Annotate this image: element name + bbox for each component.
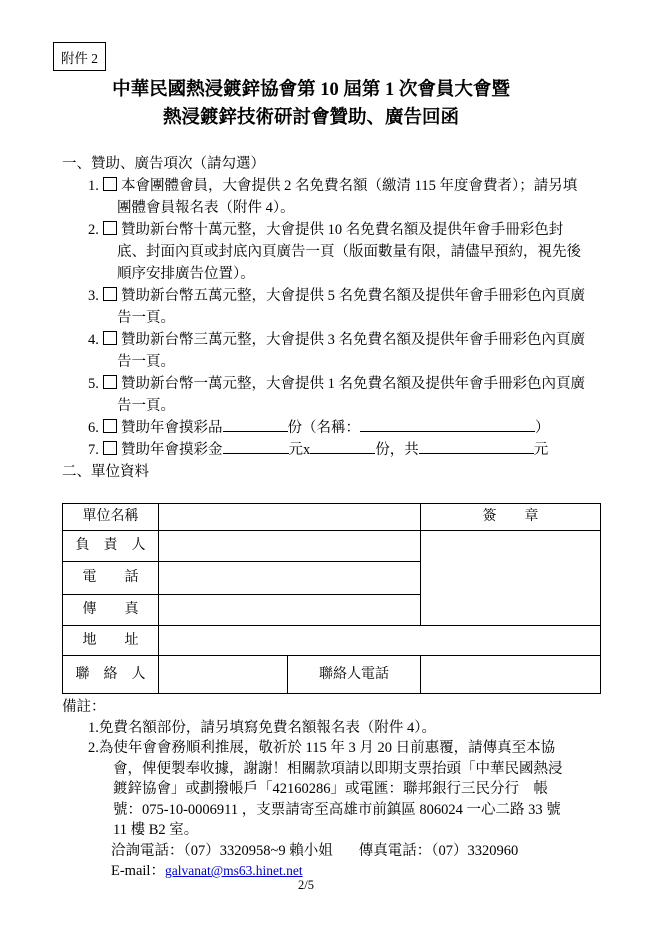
attachment-badge: 附件 2 bbox=[53, 42, 106, 71]
item-text: 份（名稱： bbox=[288, 420, 361, 436]
unit-info-table: 單位名稱 簽 章 負 責 人 電 話 傳 真 bbox=[62, 503, 601, 694]
sponsor-item-5: 5.贊助新台幣一萬元整，大會提供 1 名免費名額及提供年會手冊彩色內頁廣告一頁。 bbox=[88, 373, 587, 417]
checkbox-item-7[interactable] bbox=[103, 441, 117, 455]
contact-phone-label: 聯絡人電話 bbox=[288, 656, 421, 694]
checkbox-item-3[interactable] bbox=[103, 287, 117, 301]
raffle-cash-count-blank[interactable] bbox=[310, 440, 375, 454]
item-text: 本會團體會員，大會提供 2 名免費名額（繳清 115 年度會費者）；請另填團體會… bbox=[117, 178, 577, 216]
table-row: 負 責 人 bbox=[63, 531, 601, 562]
checkbox-item-5[interactable] bbox=[103, 375, 117, 389]
section1-heading: 一、贊助、廣告項次（請勾選） bbox=[62, 153, 558, 175]
address-field[interactable] bbox=[159, 626, 601, 656]
contact-field[interactable] bbox=[159, 656, 288, 694]
title-line-1: 中華民國熱浸鍍鋅協會第 10 屆第 1 次會員大會暨 bbox=[0, 76, 622, 104]
item-text: 贊助新台幣一萬元整，大會提供 1 名免費名額及提供年會手冊彩色內頁廣告一頁。 bbox=[117, 376, 585, 414]
raffle-prize-name-blank[interactable] bbox=[360, 418, 535, 432]
notes-section: 備註： 1.免費名額部份，請另填寫免費名額報名表（附件 4）。 2.為使年會會務… bbox=[62, 697, 558, 882]
raffle-prize-qty-blank[interactable] bbox=[223, 418, 288, 432]
checkbox-item-1[interactable] bbox=[103, 177, 117, 191]
note-text: 免費名額部份，請另填寫免費名額報名表（附件 4）。 bbox=[99, 720, 436, 736]
title-line-2: 熱浸鍍鋅技術研討會贊助、廣告回函 bbox=[0, 104, 622, 132]
phone-label: 電 話 bbox=[63, 562, 159, 595]
owner-label: 負 責 人 bbox=[63, 531, 159, 562]
signature-label: 簽 章 bbox=[421, 504, 601, 531]
form-body: 一、贊助、廣告項次（請勾選） 1.本會團體會員，大會提供 2 名免費名額（繳清 … bbox=[62, 153, 558, 882]
contact-phone-line: 洽詢電話：（07）3320958~9 賴小姐傳真電話：（07）3320960 bbox=[111, 841, 558, 862]
sponsor-item-7: 7.贊助年會摸彩金元x份，共元 bbox=[88, 439, 587, 461]
fax-phone: 傳真電話：（07）3320960 bbox=[359, 843, 519, 859]
unit-name-field[interactable] bbox=[159, 504, 421, 531]
table-row: 地 址 bbox=[63, 626, 601, 656]
raffle-cash-amount-blank[interactable] bbox=[223, 440, 289, 454]
item-number: 2. bbox=[88, 219, 102, 241]
item-text: 贊助新台幣十萬元整，大會提供 10 名免費名額及提供年會手冊彩色封底、封面內頁或… bbox=[117, 222, 581, 282]
sponsor-item-3: 3.贊助新台幣五萬元整，大會提供 5 名免費名額及提供年會手冊彩色內頁廣告一頁。 bbox=[88, 285, 587, 329]
note-1: 1.免費名額部份，請另填寫免費名額報名表（附件 4）。 bbox=[88, 718, 563, 739]
sponsor-item-6: 6.贊助年會摸彩品份（名稱：） bbox=[88, 417, 587, 439]
item-number: 5. bbox=[88, 373, 102, 395]
note-2: 2.為使年會會務順利推展，敬祈於 115 年 3 月 20 日前惠覆，請傳真至本… bbox=[88, 738, 563, 841]
item-text: 份，共 bbox=[375, 442, 419, 458]
contact-label: 聯 絡 人 bbox=[63, 656, 159, 694]
table-row: 聯 絡 人 聯絡人電話 bbox=[63, 656, 601, 694]
sponsor-item-2: 2.贊助新台幣十萬元整，大會提供 10 名免費名額及提供年會手冊彩色封底、封面內… bbox=[88, 219, 587, 285]
sponsor-item-1: 1.本會團體會員，大會提供 2 名免費名額（繳清 115 年度會費者）；請另填團… bbox=[88, 175, 587, 219]
item-number: 6. bbox=[88, 417, 102, 439]
signature-field[interactable] bbox=[421, 531, 601, 626]
checkbox-item-6[interactable] bbox=[103, 419, 117, 433]
checkbox-item-2[interactable] bbox=[103, 221, 117, 235]
email-label: E-mail： bbox=[111, 863, 165, 879]
note-number: 2. bbox=[88, 740, 99, 756]
phone-field[interactable] bbox=[159, 562, 421, 595]
item-text: 贊助新台幣五萬元整，大會提供 5 名免費名額及提供年會手冊彩色內頁廣告一頁。 bbox=[117, 288, 585, 326]
item-number: 7. bbox=[88, 439, 102, 461]
item-text: 贊助新台幣三萬元整，大會提供 3 名免費名額及提供年會手冊彩色內頁廣告一頁。 bbox=[117, 332, 585, 370]
item-text: 元x bbox=[289, 442, 311, 458]
document-page: 附件 2 中華民國熱浸鍍鋅協會第 10 屆第 1 次會員大會暨 熱浸鍍鋅技術研討… bbox=[0, 0, 661, 935]
item-text: 贊助年會摸彩金 bbox=[121, 442, 223, 458]
item-number: 4. bbox=[88, 329, 102, 351]
raffle-cash-total-blank[interactable] bbox=[419, 440, 534, 454]
fax-label: 傳 真 bbox=[63, 595, 159, 626]
sponsor-item-4: 4.贊助新台幣三萬元整，大會提供 3 名免費名額及提供年會手冊彩色內頁廣告一頁。 bbox=[88, 329, 587, 373]
note-number: 1. bbox=[88, 720, 99, 736]
fax-field[interactable] bbox=[159, 595, 421, 626]
document-title: 中華民國熱浸鍍鋅協會第 10 屆第 1 次會員大會暨 熱浸鍍鋅技術研討會贊助、廣… bbox=[0, 76, 622, 132]
item-text: ） bbox=[535, 420, 550, 436]
email-link[interactable]: galvanat@ms63.hinet.net bbox=[165, 863, 303, 878]
unit-name-label: 單位名稱 bbox=[63, 504, 159, 531]
inquiry-phone: 洽詢電話：（07）3320958~9 賴小姐 bbox=[111, 843, 333, 859]
contact-phone-field[interactable] bbox=[421, 656, 601, 694]
item-text: 元 bbox=[534, 442, 549, 458]
item-number: 3. bbox=[88, 285, 102, 307]
checkbox-item-4[interactable] bbox=[103, 331, 117, 345]
page-number: 2/5 bbox=[0, 878, 612, 893]
table-row: 單位名稱 簽 章 bbox=[63, 504, 601, 531]
item-text: 贊助年會摸彩品 bbox=[121, 420, 223, 436]
item-number: 1. bbox=[88, 175, 102, 197]
address-label: 地 址 bbox=[63, 626, 159, 656]
section2-heading: 二、單位資料 bbox=[62, 461, 558, 483]
owner-field[interactable] bbox=[159, 531, 421, 562]
note-text: 為使年會會務順利推展，敬祈於 115 年 3 月 20 日前惠覆，請傳真至本協會… bbox=[99, 740, 563, 838]
notes-heading: 備註： bbox=[62, 697, 558, 718]
attachment-label: 附件 2 bbox=[61, 47, 98, 67]
